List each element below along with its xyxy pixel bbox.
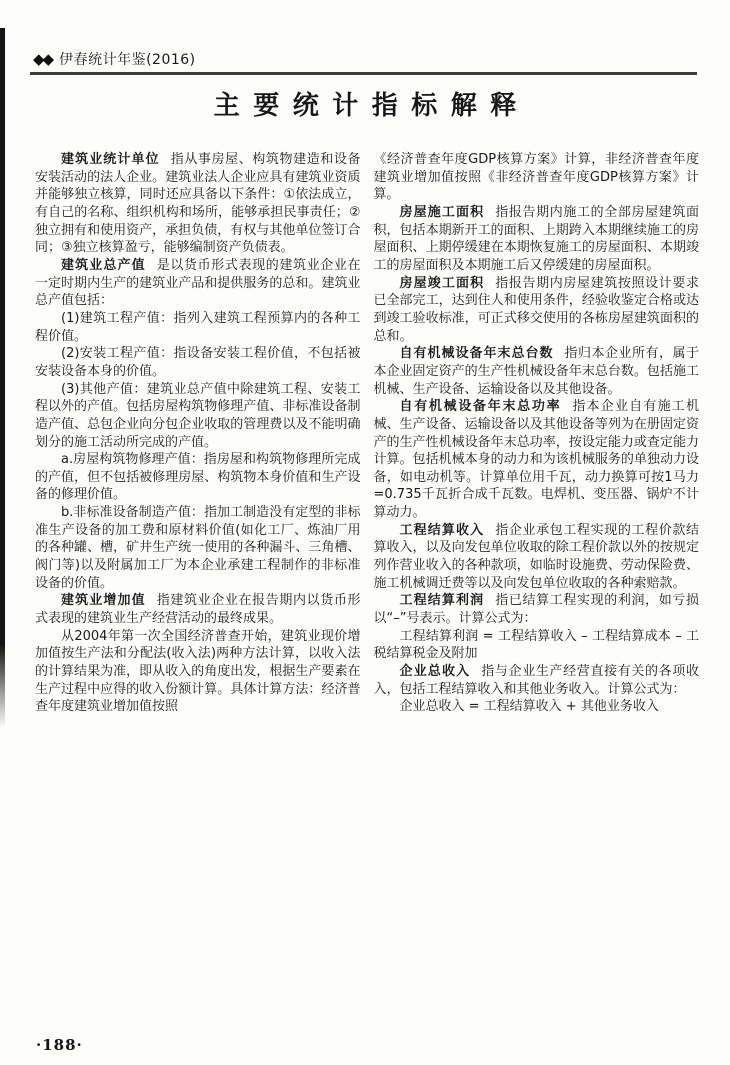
page-number: ·188·	[36, 1036, 83, 1054]
paragraph-item-1: (1)建筑工程产值：指列入建筑工程预算内的各种工程价值。	[35, 310, 361, 345]
term-label: 自有机械设备年末总功率	[400, 399, 562, 414]
formula-text: 工程结算利润 = 工程结算收入 – 工程结算成本 – 工税结算税金及附加	[374, 629, 700, 662]
term-label: 房屋施工面积	[400, 205, 485, 220]
page-title: 主要统计指标解释	[0, 85, 730, 122]
paragraph-term-floor-space-construction: 房屋施工面积指报告期内施工的全部房屋建筑面积，包括本期新开工的面积、上期跨入本期…	[374, 204, 700, 275]
paragraph-term-total-revenue: 企业总收入指与企业生产经营直接有关的各项收入，包括工程结算收入和其他业务收入。计…	[374, 663, 700, 698]
yearbook-title: 伊春统计年鉴(2016)	[59, 52, 196, 68]
term-label: 建筑业总产值	[61, 258, 146, 273]
term-label: 工程结算利润	[400, 593, 485, 608]
paragraph-term-settlement-profit: 工程结算利润指已结算工程实现的利润，如亏损以“–”号表示。计算公式为：	[374, 592, 700, 627]
page-header: ◆◆伊春统计年鉴(2016)	[33, 49, 196, 69]
paragraph-text: (2)安装工程产值：指设备安装工程价值，不包括被安装设备本身的价值。	[35, 346, 361, 379]
paragraph-text: a.房屋构筑物修理产值：指房屋和构筑物修理所完成的产值，但不包括被修理房屋、构筑…	[35, 452, 361, 502]
formula-text: 企业总收入 = 工程结算收入 + 其他业务收入	[400, 699, 659, 714]
term-label: 工程结算收入	[400, 523, 485, 538]
left-column: 建筑业统计单位指从事房屋、构筑物建造和设备安装活动的法人企业。建筑业法人企业应具…	[35, 151, 361, 716]
paragraph-continuation: 《经济普查年度GDP核算方案》计算，非经济普查年度建筑业增加值按照《非经济普查年…	[374, 151, 700, 204]
paragraph-text: 从2004年第一次全国经济普查开始，建筑业现价增加值按生产法和分配法(收入法)两…	[35, 629, 361, 715]
paragraph-item-3: (3)其他产值：建筑业总产值中除建筑工程、安装工程以外的产值。包括房屋构筑物修理…	[35, 381, 361, 452]
term-label: 企业总收入	[400, 664, 471, 679]
paragraph-term-gross-output: 建筑业总产值是以货币形式表现的建筑业企业在一定时期内生产的建筑业产品和提供服务的…	[35, 257, 361, 310]
term-label: 建筑业增加值	[61, 593, 146, 608]
paragraph-text: 指本企业自有施工机械、生产设备、运输设备以及其他设备等列为在册固定资产的生产性机…	[374, 399, 700, 520]
paragraph-term-value-added: 建筑业增加值指建筑业企业在报告期内以货币形式表现的建筑业生产经营活动的最终成果。	[35, 592, 361, 627]
scanned-page: ◆◆伊春统计年鉴(2016) 主要统计指标解释 建筑业统计单位指从事房屋、构筑物…	[0, 0, 730, 1065]
paragraph-term-machinery-number: 自有机械设备年末总台数指归本企业所有，属于本企业固定资产的生产性机械设备年末总台…	[374, 345, 700, 398]
paragraph-item-2: (2)安装工程产值：指设备安装工程价值，不包括被安装设备本身的价值。	[35, 345, 361, 380]
paragraph-text: (1)建筑工程产值：指列入建筑工程预算内的各种工程价值。	[35, 311, 361, 344]
paragraph-term-settlement-income: 工程结算收入指企业承包工程实现的工程价款结算收入，以及向发包单位收取的除工程价款…	[374, 522, 700, 593]
right-column: 《经济普查年度GDP核算方案》计算，非经济普查年度建筑业增加值按照《非经济普查年…	[374, 151, 700, 716]
paragraph-item-b: b.非标准设备制造产值：指加工制造没有定型的非标准生产设备的加工费和原材料价值(…	[35, 504, 361, 592]
term-label: 建筑业统计单位	[61, 152, 160, 167]
binding-shadow	[0, 28, 5, 728]
paragraph-text: 指从事房屋、构筑物建造和设备安装活动的法人企业。建筑业法人企业应具有建筑业资质并…	[35, 152, 361, 255]
paragraph-item-a: a.房屋构筑物修理产值：指房屋和构筑物修理所完成的产值，但不包括被修理房屋、构筑…	[35, 451, 361, 504]
paragraph-census-method: 从2004年第一次全国经济普查开始，建筑业现价增加值按生产法和分配法(收入法)两…	[35, 628, 361, 716]
term-label: 房屋竣工面积	[400, 276, 485, 291]
text-body: 建筑业统计单位指从事房屋、构筑物建造和设备安装活动的法人企业。建筑业法人企业应具…	[35, 151, 699, 716]
term-label: 自有机械设备年末总台数	[400, 346, 554, 361]
paragraph-term-construction-stat-unit: 建筑业统计单位指从事房屋、构筑物建造和设备安装活动的法人企业。建筑业法人企业应具…	[35, 151, 361, 257]
paragraph-text: 《经济普查年度GDP核算方案》计算，非经济普查年度建筑业增加值按照《非经济普查年…	[374, 152, 700, 202]
paragraph-text: (3)其他产值：建筑业总产值中除建筑工程、安装工程以外的产值。包括房屋构筑物修理…	[35, 382, 361, 450]
header-rule	[30, 72, 697, 75]
diamond-icons: ◆◆	[33, 50, 52, 68]
paragraph-term-floor-space-completed: 房屋竣工面积指报告期内房屋建筑按照设计要求已全部完工，达到住人和使用条件，经验收…	[374, 275, 700, 346]
paragraph-text: b.非标准设备制造产值：指加工制造没有定型的非标准生产设备的加工费和原材料价值(…	[35, 505, 361, 591]
formula-settlement-profit: 工程结算利润 = 工程结算收入 – 工程结算成本 – 工税结算税金及附加	[374, 628, 700, 663]
formula-total-revenue: 企业总收入 = 工程结算收入 + 其他业务收入	[374, 698, 700, 716]
paragraph-term-machinery-power: 自有机械设备年末总功率指本企业自有施工机械、生产设备、运输设备以及其他设备等列为…	[374, 398, 700, 522]
